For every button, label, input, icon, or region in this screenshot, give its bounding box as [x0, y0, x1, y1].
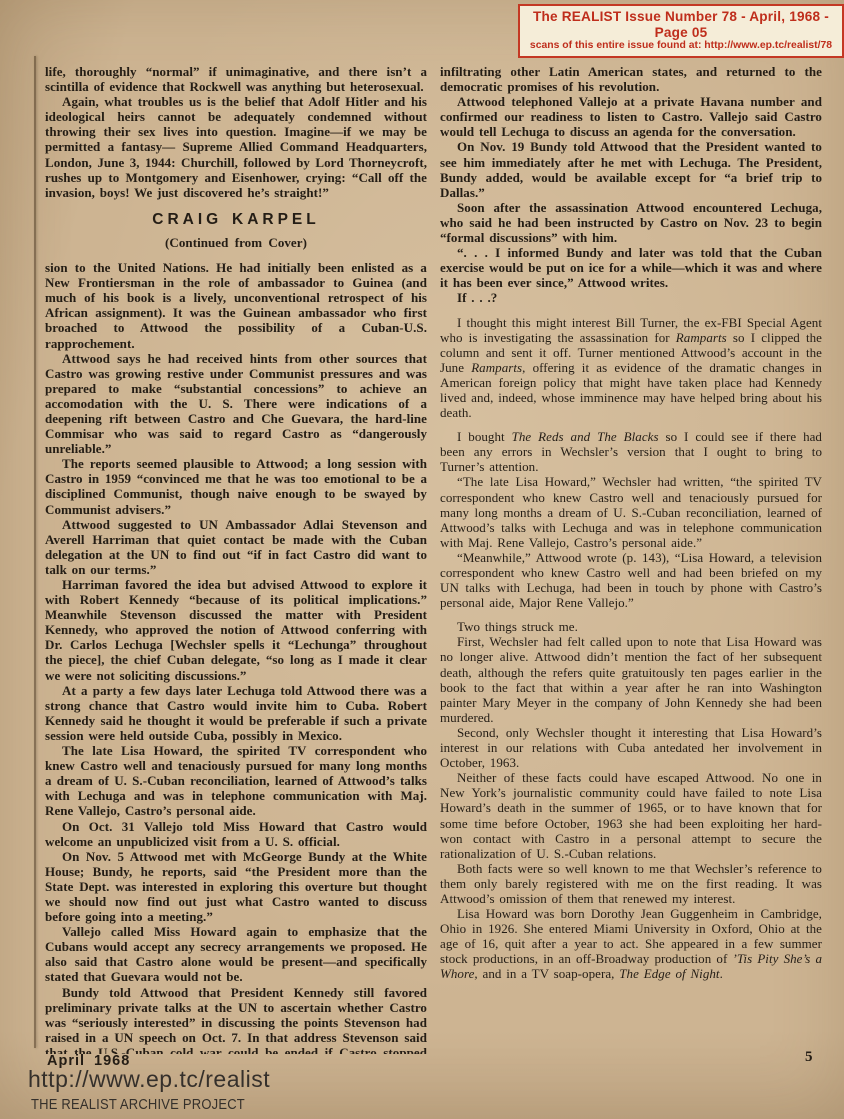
right-column-regular-section: I thought this might interest Bill Turne…: [440, 315, 822, 982]
paragraph: The reports seemed plausible to Attwood;…: [45, 456, 427, 516]
paragraph: sion to the United Nations. He had initi…: [45, 260, 427, 351]
paragraph: “. . . I informed Bundy and later was to…: [440, 245, 822, 290]
paragraph: Two things struck me.: [440, 619, 822, 634]
paragraph: On Nov. 5 Attwood met with McGeorge Bund…: [45, 849, 427, 924]
paragraph: At a party a few days later Lechuga told…: [45, 683, 427, 743]
paragraph: “The late Lisa Howard,” Wechsler had wri…: [440, 474, 822, 549]
paragraph: First, Wechsler had felt called upon to …: [440, 634, 822, 725]
archive-header-url: scans of this entire issue found at: htt…: [526, 40, 836, 52]
paragraph: “Meanwhile,” Attwood wrote (p. 143), “Li…: [440, 550, 822, 610]
paragraph: Second, only Wechsler thought it interes…: [440, 725, 822, 770]
paragraph: Both facts were so well known to me that…: [440, 861, 822, 906]
page-number: 5: [805, 1049, 813, 1066]
right-column-bold-section: infiltrating other Latin American states…: [440, 64, 822, 306]
left-column-intro: life, thoroughly “normal” if unimaginati…: [45, 64, 427, 200]
paragraph: Again, what troubles us is the belief th…: [45, 94, 427, 200]
article-heading: CRAIG KARPEL: [45, 212, 427, 227]
paragraph: On Oct. 31 Vallejo told Miss Howard that…: [45, 819, 427, 849]
paragraph: Attwood suggested to UN Ambassador Adlai…: [45, 517, 427, 577]
paragraph: On Nov. 19 Bundy told Attwood that the P…: [440, 139, 822, 199]
paragraph: Attwood says he had received hints from …: [45, 351, 427, 457]
italic-title: Ramparts: [676, 330, 727, 345]
paragraph: Vallejo called Miss Howard again to emph…: [45, 924, 427, 984]
continued-from-cover-note: (Continued from Cover): [45, 235, 427, 250]
paragraph: I bought The Reds and The Blacks so I co…: [440, 429, 822, 474]
paragraph: life, thoroughly “normal” if unimaginati…: [45, 64, 427, 94]
archive-header-title: The REALIST Issue Number 78 - April, 196…: [526, 9, 836, 40]
article-columns: life, thoroughly “normal” if unimaginati…: [45, 64, 822, 1054]
archive-header-box: The REALIST Issue Number 78 - April, 196…: [518, 4, 844, 58]
italic-title: Ramparts: [471, 360, 522, 375]
italic-title: The Edge of Night: [619, 966, 719, 981]
paragraph: I thought this might interest Bill Turne…: [440, 315, 822, 421]
left-column: life, thoroughly “normal” if unimaginati…: [45, 64, 427, 1054]
paragraph: The late Lisa Howard, the spirited TV co…: [45, 743, 427, 818]
paragraph: If . . .?: [440, 290, 822, 305]
italic-title: The Reds and The Blacks: [512, 429, 659, 444]
paragraph: Neither of these facts could have escape…: [440, 770, 822, 861]
paragraph: Harriman favored the idea but advised At…: [45, 577, 427, 683]
paragraph: Lisa Howard was born Dorothy Jean Guggen…: [440, 906, 822, 981]
paragraph: Soon after the assassination Attwood enc…: [440, 200, 822, 245]
paragraph: Attwood telephoned Vallejo at a private …: [440, 94, 822, 139]
right-column: infiltrating other Latin American states…: [440, 64, 822, 1054]
archive-project-name: THE REALIST ARCHIVE PROJECT: [31, 1096, 245, 1113]
scan-fold-line: [34, 56, 36, 1048]
paragraph: Bundy told Attwood that President Kenned…: [45, 985, 427, 1054]
left-column-body: sion to the United Nations. He had initi…: [45, 260, 427, 1054]
scanned-magazine-page: The REALIST Issue Number 78 - April, 196…: [0, 0, 844, 1119]
archive-project-url: http://www.ep.tc/realist: [28, 1066, 270, 1093]
paragraph: infiltrating other Latin American states…: [440, 64, 822, 94]
